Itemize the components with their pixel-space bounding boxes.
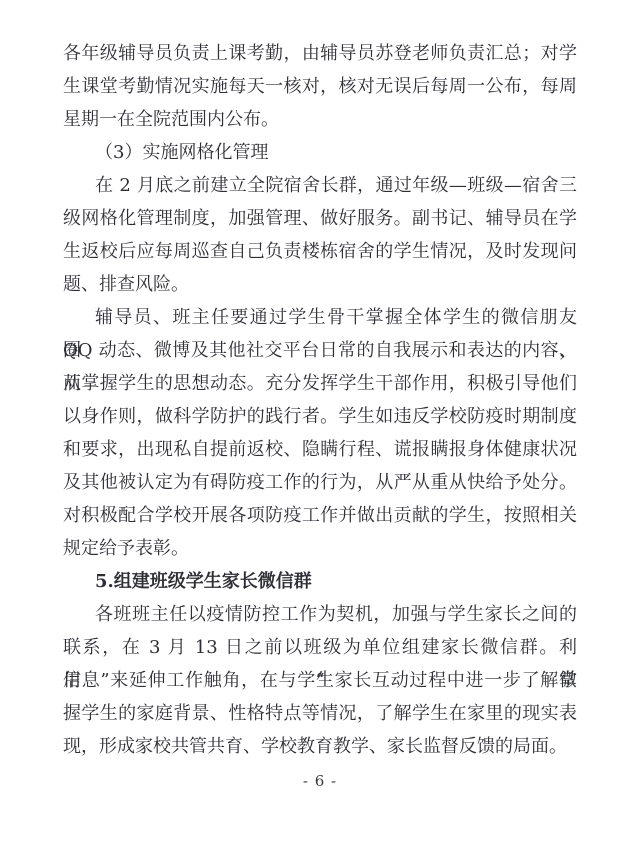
- grid-management-paragraph-line-3: 生返校后应每周巡查自己负责楼栋宿舍的学生情况，及时发现问: [63, 235, 577, 268]
- parent-wechat-group-paragraph-line-3: 信息”来延伸工作触角，在与学生家长互动过程中进一步了解掌: [63, 664, 577, 697]
- grid-management-paragraph-line-2: 级网格化管理制度，加强管理、做好服务。副书记、辅导员在学: [63, 202, 577, 235]
- page: 各年级辅导员负责上课考勤，由辅导员苏登老师负责汇总；对学生课堂考勤情况实施每天一…: [0, 0, 640, 847]
- social-media-monitoring-paragraph-line-7: 对积极配合学校开展各项防疫工作并做出贡献的学生，按照相关: [63, 499, 577, 532]
- grid-management-subheading-line-1: （3）实施网格化管理: [63, 136, 577, 169]
- document-page-6: { "page": { "background_color": "#ffffff…: [0, 0, 640, 847]
- page-number: - 6 -: [0, 772, 640, 790]
- social-media-monitoring-paragraph-line-5: 和要求，出现私自提前返校、隐瞒行程、谎报瞒报身体健康状况: [63, 433, 577, 466]
- attendance-paragraph-line-3: 星期一在全院范围内公布。: [63, 103, 577, 136]
- document-body: 各年级辅导员负责上课考勤，由辅导员苏登老师负责汇总；对学生课堂考勤情况实施每天一…: [63, 37, 577, 763]
- page-number-text: - 6 -: [303, 772, 337, 790]
- social-media-monitoring-paragraph-line-8: 规定给予表彰。: [63, 532, 577, 565]
- parent-wechat-group-paragraph-line-5: 现，形成家校共管共育、学校教育教学、家长监督反馈的局面。: [63, 730, 577, 763]
- attendance-paragraph-line-1: 各年级辅导员负责上课考勤，由辅导员苏登老师负责汇总；对学: [63, 37, 577, 70]
- social-media-monitoring-paragraph-line-4: 以身作则，做科学防护的践行者。学生如违反学校防疫时期制度: [63, 400, 577, 433]
- social-media-monitoring-paragraph-line-1: 辅导员、班主任要通过学生骨干掌握全体学生的微信朋友圈、: [63, 301, 577, 334]
- social-media-monitoring-paragraph-line-6: 及其他被认定为有碍防疫工作的行为，从严从重从快给予处分。: [63, 466, 577, 499]
- social-media-monitoring-paragraph-line-2: QQ 动态、微博及其他社交平台日常的自我展示和表达的内容，从: [63, 334, 577, 367]
- parent-wechat-group-paragraph-line-4: 握学生的家庭背景、性格特点等情况，了解学生在家里的现实表: [63, 697, 577, 730]
- parent-wechat-group-paragraph-line-1: 各班班主任以疫情防控工作为契机，加强与学生家长之间的: [63, 598, 577, 631]
- grid-management-paragraph-line-4: 题、排查风险。: [63, 268, 577, 301]
- attendance-paragraph-line-2: 生课堂考勤情况实施每天一核对，核对无误后每周一公布，每周: [63, 70, 577, 103]
- social-media-monitoring-paragraph-line-3: 而掌握学生的思想动态。充分发挥学生干部作用，积极引导他们: [63, 367, 577, 400]
- parent-wechat-group-heading-line-1: 5.组建班级学生家长微信群: [63, 565, 577, 598]
- grid-management-paragraph-line-1: 在 2 月底之前建立全院宿舍长群，通过年级—班级—宿舍三: [63, 169, 577, 202]
- parent-wechat-group-paragraph-line-2: 联系，在 3 月 13 日之前以班级为单位组建家长微信群。利用“微: [63, 631, 577, 664]
